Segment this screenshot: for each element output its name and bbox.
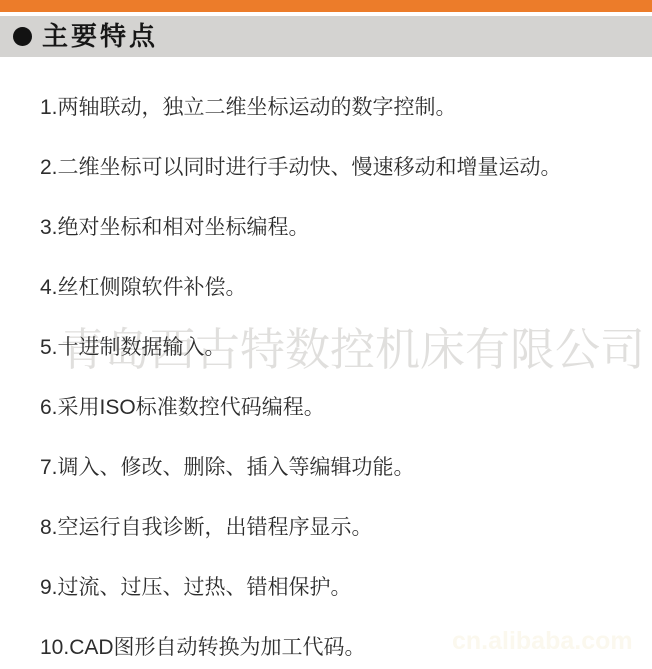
feature-item: 10.CAD图形自动转换为加工代码。 xyxy=(40,636,642,660)
section-title-bar: 主要特点 xyxy=(0,16,652,57)
feature-item: 7.调入、修改、删除、插入等编辑功能。 xyxy=(40,456,642,480)
top-accent-bar xyxy=(0,0,652,12)
feature-item: 6.采用ISO标准数控代码编程。 xyxy=(40,396,642,420)
section-title: 主要特点 xyxy=(42,23,158,51)
feature-item: 3.绝对坐标和相对坐标编程。 xyxy=(40,216,642,240)
circle-bullet-icon xyxy=(13,27,32,46)
feature-item: 2.二维坐标可以同时进行手动快、慢速移动和增量运动。 xyxy=(40,156,642,180)
feature-item: 1.两轴联动，独立二维坐标运动的数字控制。 xyxy=(40,96,642,120)
page: 主要特点 青岛西古特数控机床有限公司 cn.alibaba.com 1.两轴联动… xyxy=(0,0,652,669)
feature-item: 5.十进制数据输入。 xyxy=(40,336,642,360)
feature-item: 9.过流、过压、过热、错相保护。 xyxy=(40,576,642,600)
feature-list: 1.两轴联动，独立二维坐标运动的数字控制。 2.二维坐标可以同时进行手动快、慢速… xyxy=(0,57,652,660)
feature-item: 8.空运行自我诊断，出错程序显示。 xyxy=(40,516,642,540)
feature-item: 4.丝杠侧隙软件补偿。 xyxy=(40,276,642,300)
